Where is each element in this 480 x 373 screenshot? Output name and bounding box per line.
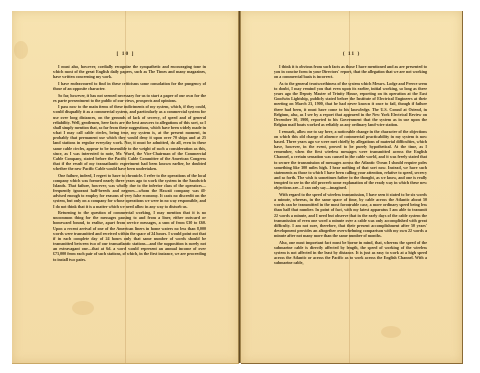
paper-stain [381, 326, 401, 338]
paragraph: As to the general trustworthiness of the… [274, 81, 427, 127]
paragraph: I pass now to the main items of these in… [53, 104, 206, 171]
paper-stain [72, 301, 94, 315]
paragraph: So far, however, it has not seemed neces… [53, 93, 206, 103]
page-text: I must also, however, cordially recogniz… [53, 64, 206, 263]
open-booklet: [ 10 ] I must also, however, cordially r… [12, 11, 462, 363]
paragraph: Returning to the question of commercial … [53, 210, 206, 262]
page-number: [ 10 ] [12, 51, 239, 57]
paragraph: I remark, allow me to say here, a notice… [274, 129, 427, 191]
page-text: I think it is obvious from such facts as… [274, 64, 427, 267]
right-page: ( 11 ) I think it is obvious from such f… [241, 11, 463, 364]
page-number: ( 11 ) [241, 51, 462, 57]
paragraph: One failure, indeed, I regret to have to… [53, 173, 206, 209]
paragraph: I think it is obvious from such facts as… [274, 64, 427, 79]
paragraph: I must also, however, cordially recogniz… [53, 64, 206, 79]
paragraph: I have endeavoured to find in these crit… [53, 81, 206, 91]
paragraph: Also, one most important fact must be bo… [274, 240, 427, 266]
paragraph: With regard to the speed of wireless tra… [274, 192, 427, 238]
left-page: [ 10 ] I must also, however, cordially r… [12, 11, 239, 364]
